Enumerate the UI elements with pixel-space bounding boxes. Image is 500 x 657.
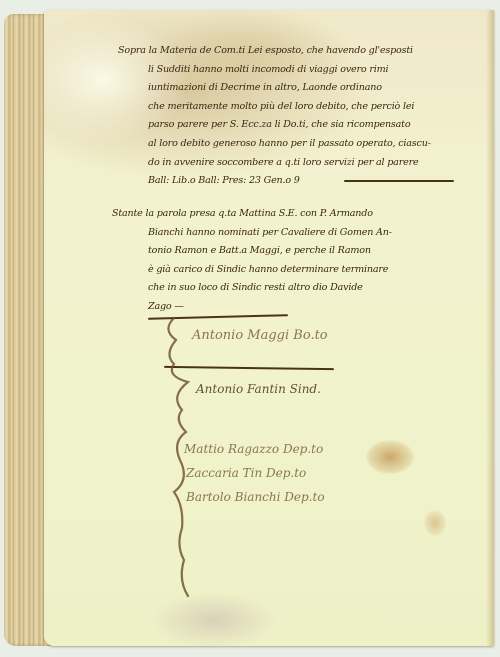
water-stain [424,510,446,536]
text-line: che meritamente molto più del loro debit… [118,98,431,117]
text-line: parso parere per S. Ecc.za li Do.ti, che… [118,116,431,135]
text-line: Sopra la Materia de Com.ti Lei esposto, … [118,42,431,61]
text-line: Bianchi hanno nominati per Cavaliere di … [112,224,392,243]
text-line: al loro debito generoso hanno per il pas… [118,135,431,154]
text-line: Stante la parola presa q.ta Mattina S.E.… [112,205,392,224]
paragraph-2: Stante la parola presa q.ta Mattina S.E.… [112,205,392,317]
text-line: do in avvenire soccombere a q.ti loro se… [118,154,431,173]
text-line: iuntimazioni di Decrime in altro, Laonde… [118,79,431,98]
signature-2: Antonio Fantin Sind. [196,382,321,396]
signature-5: Bartolo Bianchi Dep.to [186,490,325,504]
signature-3: Mattio Ragazzo Dep.to [184,442,323,456]
text-line: è già carico di Sindic hanno determinare… [112,261,392,280]
closing-rule [344,180,454,182]
text-line: li Sudditi hanno molti incomodi di viagg… [118,61,431,80]
paragraph-1: Sopra la Materia de Com.ti Lei esposto, … [118,42,431,191]
page-gutter [486,10,494,646]
text-line: che in suo loco di Sindic resti altro di… [112,279,392,298]
signature-4: Zaccaria Tin Dep.to [186,466,306,480]
manuscript-book: Sopra la Materia de Com.ti Lei esposto, … [0,0,500,657]
signature-1: Antonio Maggi Bo.to [192,328,328,343]
manuscript-page: Sopra la Materia de Com.ti Lei esposto, … [44,10,494,646]
ink-stain [366,440,414,474]
text-line: tonio Ramon e Batt.a Maggi, e perche il … [112,242,392,261]
